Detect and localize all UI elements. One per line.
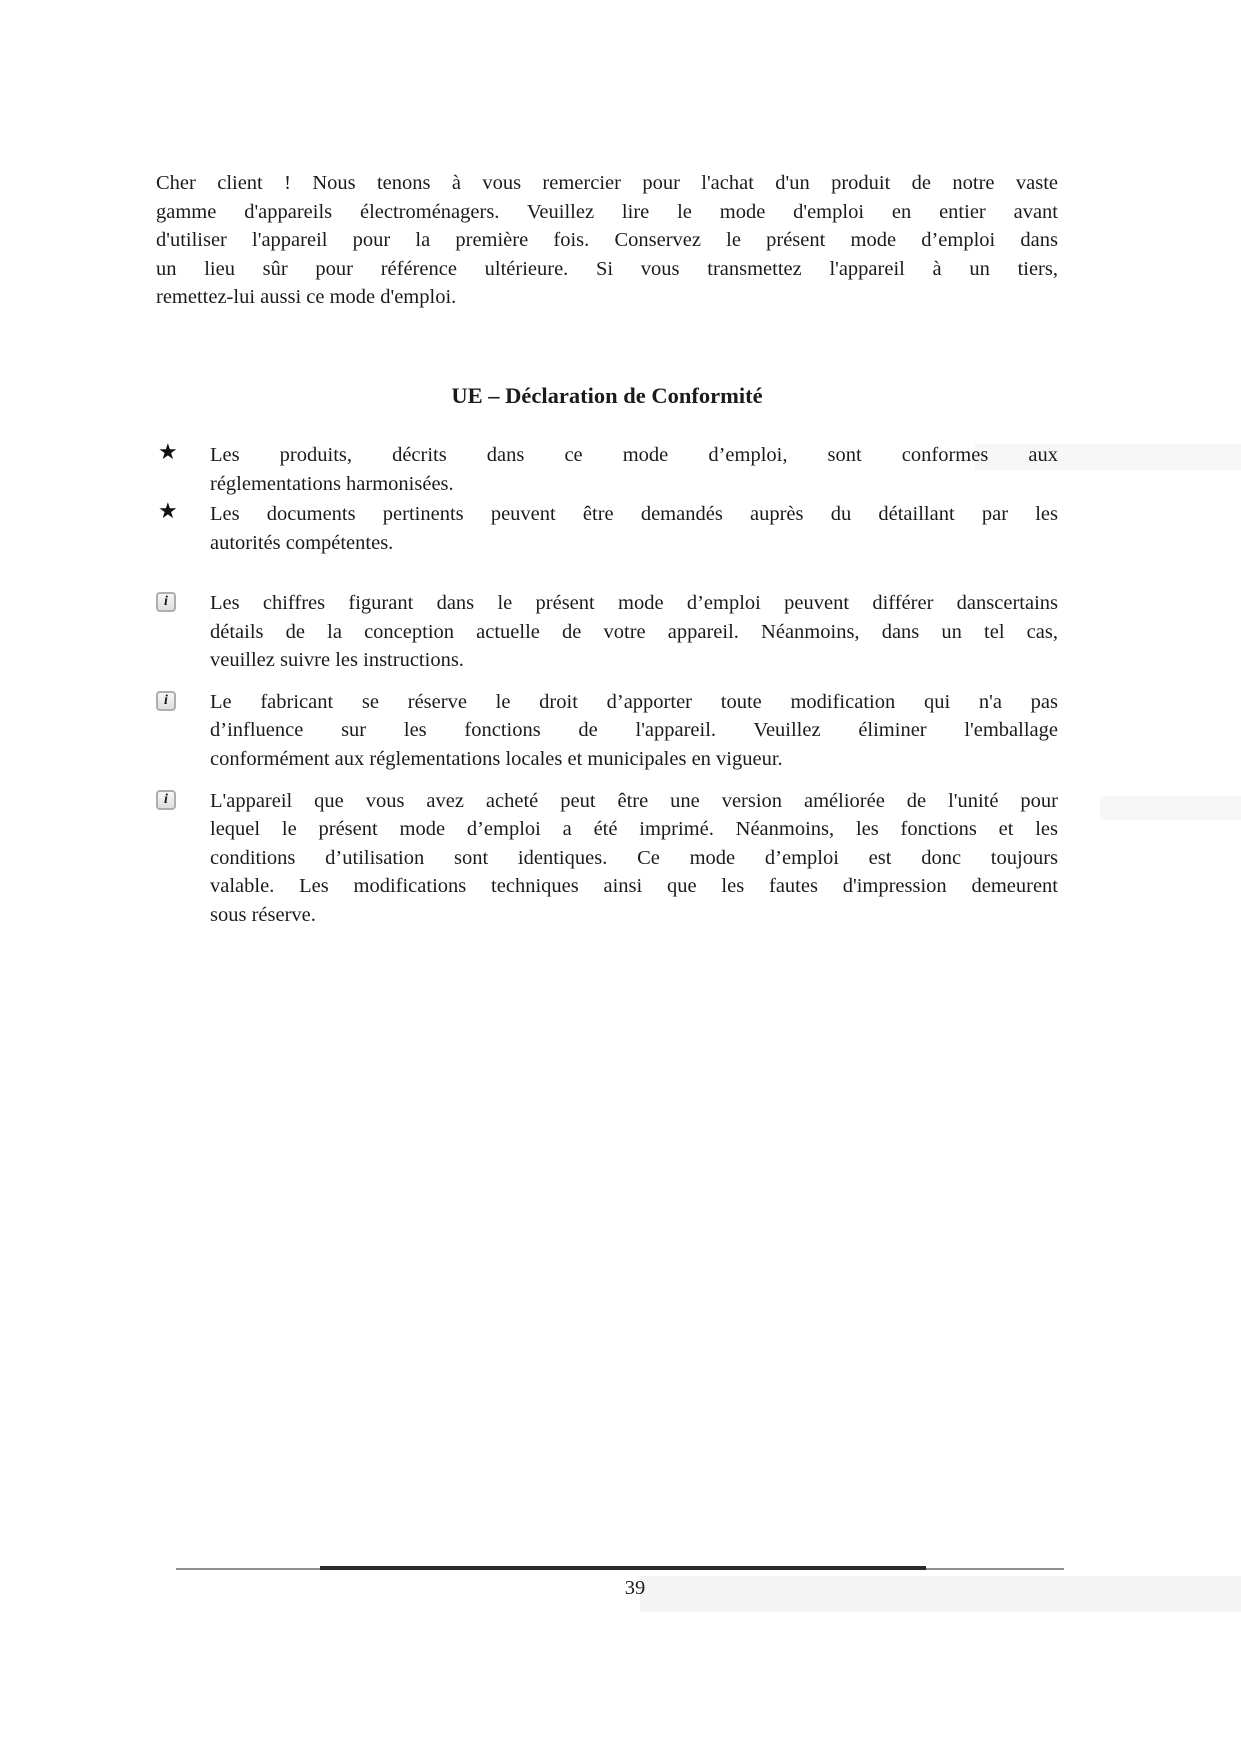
text-line: lequel le présent mode d’emploi a été im… — [210, 815, 1058, 844]
star-list-item: ★ Les produits, décrits dans ce mode d’e… — [156, 441, 1058, 498]
footer-rule-thick — [320, 1566, 926, 1570]
text-line: réglementations harmonisées. — [210, 470, 1058, 499]
info-list-item: i Le fabricant se réserve le droit d’app… — [156, 688, 1058, 774]
info-list-item: i Les chiffres figurant dans le présent … — [156, 589, 1058, 675]
text-line: gamme d'appareils électroménagers. Veuil… — [156, 198, 1058, 227]
text-line: d’influence sur les fonctions de l'appar… — [210, 716, 1058, 745]
text-line: Le fabricant se réserve le droit d’appor… — [210, 688, 1058, 717]
star-icon: ★ — [158, 440, 178, 465]
intro-paragraph: Cher client ! Nous tenons à vous remerci… — [156, 169, 1058, 312]
document-page: Cher client ! Nous tenons à vous remerci… — [0, 0, 1241, 1754]
scan-artifact — [640, 1576, 1241, 1612]
text-line: détails de la conception actuelle de vot… — [210, 618, 1058, 647]
info-bullet-list: i Les chiffres figurant dans le présent … — [156, 589, 1058, 943]
star-list-item: ★ Les documents pertinents peuvent être … — [156, 500, 1058, 557]
info-list-item: i L'appareil que vous avez acheté peut ê… — [156, 787, 1058, 930]
info-icon: i — [156, 691, 176, 711]
scan-artifact — [1100, 796, 1241, 820]
text-line: Les produits, décrits dans ce mode d’emp… — [210, 441, 1058, 470]
info-icon: i — [156, 592, 176, 612]
text-line: Les chiffres figurant dans le présent mo… — [210, 589, 1058, 618]
info-icon: i — [156, 790, 176, 810]
text-line: veuillez suivre les instructions. — [210, 646, 1058, 675]
text-line: remettez-lui aussi ce mode d'emploi. — [156, 283, 1058, 312]
text-line: valable. Les modifications techniques ai… — [210, 872, 1058, 901]
text-line: un lieu sûr pour référence ultérieure. S… — [156, 255, 1058, 284]
section-heading: UE – Déclaration de Conformité — [156, 381, 1058, 411]
text-line: autorités compétentes. — [210, 529, 1058, 558]
star-icon: ★ — [158, 499, 178, 524]
text-line: L'appareil que vous avez acheté peut êtr… — [210, 787, 1058, 816]
page-number: 39 — [575, 1577, 695, 1600]
text-line: Les documents pertinents peuvent être de… — [210, 500, 1058, 529]
text-line: conditions d’utilisation sont identiques… — [210, 844, 1058, 873]
text-line: sous réserve. — [210, 901, 1058, 930]
text-line: conformément aux réglementations locales… — [210, 745, 1058, 774]
star-bullet-list: ★ Les produits, décrits dans ce mode d’e… — [156, 441, 1058, 559]
text-line: d'utiliser l'appareil pour la première f… — [156, 226, 1058, 255]
text-line: Cher client ! Nous tenons à vous remerci… — [156, 169, 1058, 198]
